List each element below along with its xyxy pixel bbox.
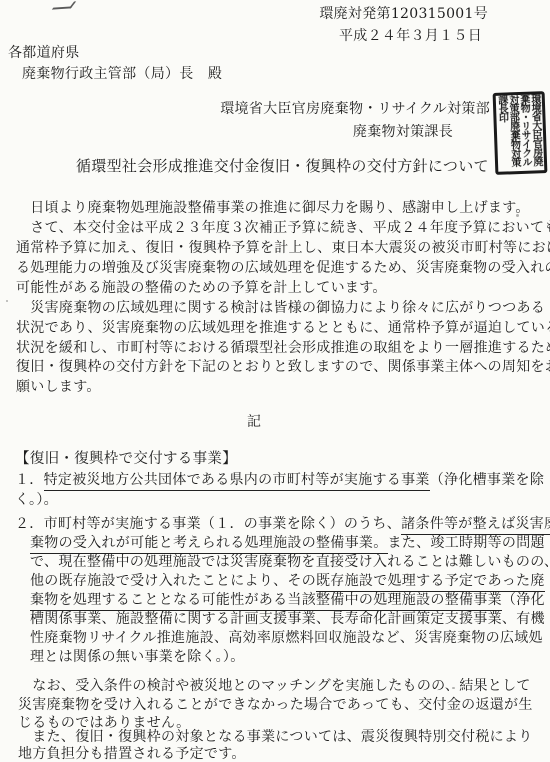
scanned-document-page: 環廃対発第120315001号 平成２４年３月１５日 各都道府県 廃棄物行政主管…	[0, 0, 550, 762]
scan-dot	[6, 300, 8, 302]
item1-line2: く。）。	[15, 492, 58, 509]
section-heading: 【復旧・復興枠で交付する事業】	[15, 451, 237, 468]
item2-line4: 他の既存施設で受け入れたことにより、その既存施設で処理する予定であった廃	[30, 573, 545, 590]
item2-text: 他の既存施設で受け入れたことにより、その	[30, 573, 316, 589]
official-seal-text: 環境省大臣官房廃棄物・リサイクル対策部廃棄物対策課長印	[496, 93, 543, 172]
sender-department: 環境省大臣官房廃棄物・リサイクル対策部	[220, 101, 490, 118]
item2-line3: で、現在整備中の処理施設では災害廃棄物を直接受け入れることは難しいものの、	[30, 554, 550, 571]
body-line: さて、本交付金は平成２３年度３次補正予算に続き、平成２４年度予算においても、	[16, 220, 550, 237]
item1-rest-text: （浄化槽事業を除	[430, 472, 544, 488]
body-line: 地方負担分も措置される予定です。	[18, 746, 246, 762]
body-line: なお、受入条件の検討や被災地とのマッチングを実施したものの、結果として	[18, 678, 531, 695]
body-line: 災害廃棄物の広域処理に関する検討は皆様の御協力により徐々に広がりつつある	[16, 300, 545, 317]
official-seal-stamp: 環境省大臣官房廃棄物・リサイクル対策部廃棄物対策課長印	[493, 91, 548, 175]
item2-underlined-text: 諸条件等が整えば災害廃	[401, 516, 550, 535]
item1-underlined-text: 特定被災地方公共団体である県内の市町村等が実施する事業	[44, 472, 430, 491]
doc-date: 平成２４年３月１５日	[339, 28, 482, 45]
body-line: 復旧・復興枠の交付方針を下記のとおりと致しますので、関係事業主体への周知をお	[16, 359, 550, 376]
item2-line1: ２．市町村等が実施する事業（１．の事業を除く）のうち、諸条件等が整えば災害廃	[15, 516, 550, 533]
item2-underlined-text: 棄物を処理することとなる可能性がある当該整備中の処理施設の整備事業	[30, 592, 502, 611]
recipient-line2: 廃棄物行政主管部（局）長 殿	[22, 66, 222, 83]
item2-line2: 棄物の受入れが可能と考えられる処理施設の整備事業。また、竣工時期等の問題	[30, 535, 545, 552]
ki-marker: 記	[247, 414, 261, 431]
item2-text: また、竣工時期等の問題	[388, 535, 545, 551]
scan-artifact-mark	[52, 1, 76, 9]
sender-title: 廃棄物対策課長	[353, 124, 453, 141]
item2-line8: 理とは関係の無い事業を除く。）。	[30, 649, 245, 666]
item1-number: １．	[15, 472, 44, 488]
body-line: 可能性がある施設の整備のための予算を計上しています。	[16, 280, 387, 297]
body-line: 通常枠予算に加え、復旧・復興枠予算を計上し、東日本大震災の被災市町村等におけ	[16, 240, 550, 257]
item2-number: ２．	[15, 516, 44, 532]
body-line: 願いします。	[16, 379, 101, 396]
body-line: 日頃より廃棄物処理施設整備事業の推進に御尽力を賜り、感謝申し上げます。	[16, 200, 530, 217]
item2-line6: 槽関係事業、施設整備に関する計画支援事業、長寿命化計画策定支援事業、有機	[30, 611, 545, 628]
body-line: また、復旧・復興枠の対象となる事業については、震災復興特別交付税により	[18, 729, 533, 746]
body-line: 状況であり、災害廃棄物の広域処理を推進するとともに、通常枠予算が逼迫している	[16, 320, 550, 337]
item2-line5: 棄物を処理することとなる可能性がある当該整備中の処理施設の整備事業（浄化	[30, 592, 545, 609]
doc-number: 環廃対発第120315001号	[319, 6, 488, 23]
body-line: 状況を緩和し、市町村等における循環型社会形成推進の取組をより一層推進するため、	[16, 340, 550, 357]
body-line: 災害廃棄物を受け入れることができなかった場合であっても、交付金の返還が生	[18, 697, 533, 714]
recipient-line1: 各都道府県	[8, 45, 80, 62]
item2-underlined-text: 棄物の受入れが可能と考えられる処理施設の整備事業。	[30, 535, 388, 554]
document-title: 循環型社会形成推進交付金復旧・復興枠の交付方針について	[76, 158, 489, 175]
item2-line7: 性廃棄物リサイクル推進施設、高効率原燃料回収施設など、災害廃棄物の広域処	[30, 630, 543, 647]
item2-text: （浄化	[502, 592, 545, 608]
item2-text: 市町村等が実施する事業（１．の事業を除く）のうち、	[44, 516, 402, 532]
item2-underlined-text: 既存施設で処理する予定であった廃	[316, 573, 545, 592]
item1-line1: １．特定被災地方公共団体である県内の市町村等が実施する事業（浄化槽事業を除	[15, 472, 544, 489]
body-line: る処理能力の増強及び災害廃棄物の広域処理を促進するため、災害廃棄物の受入れの	[16, 260, 550, 277]
